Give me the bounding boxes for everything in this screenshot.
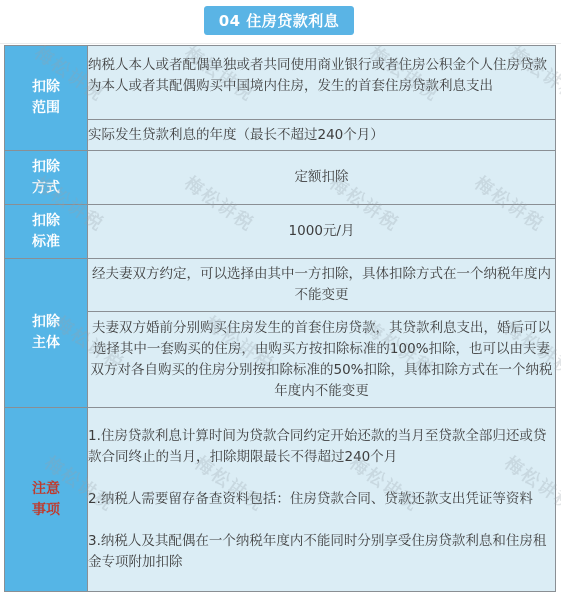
scope-period: 实际发生贷款利息的年度（最长不超过240个月） (88, 120, 556, 151)
table-row-subject: 扣除 主体 经夫妻双方约定，可以选择由其中一方扣除，具体扣除方式在一个纳税年度内… (5, 259, 556, 312)
label-method: 扣除 方式 (5, 151, 88, 205)
deduction-table: 扣除 范围 纳税人本人或者配偶单独或者共同使用商业银行或者住房公积金个人住房贷款… (4, 45, 556, 592)
note-1: 1.住房贷款利息计算时间为贷款合同约定开始还款的当月至贷款全部归还或贷款合同终止… (88, 426, 555, 468)
standard-value: 1000元/月 (88, 205, 556, 259)
label-notes: 注意 事项 (5, 408, 88, 592)
table-row-standard: 扣除 标准 1000元/月 (5, 205, 556, 259)
method-value: 定额扣除 (88, 151, 556, 205)
table-row-subject-premarital: 夫妻双方婚前分别购买住房发生的首套住房贷款，其贷款利息支出，婚后可以选择其中一套… (5, 312, 556, 408)
table-row-scope: 扣除 范围 纳税人本人或者配偶单独或者共同使用商业银行或者住房公积金个人住房贷款… (5, 46, 556, 120)
table-row-method: 扣除 方式 定额扣除 (5, 151, 556, 205)
subject-agreement: 经夫妻双方约定，可以选择由其中一方扣除，具体扣除方式在一个纳税年度内不能变更 (88, 259, 556, 312)
note-2: 2.纳税人需要留存备查资料包括：住房贷款合同、贷款还款支出凭证等资料 (88, 489, 555, 510)
note-3: 3.纳税人及其配偶在一个纳税年度内不能同时分别享受住房贷款利息和住房租金专项附加… (88, 531, 555, 573)
label-scope: 扣除 范围 (5, 46, 88, 151)
section-title: 04 住房贷款利息 (204, 6, 354, 35)
table-row-scope-period: 实际发生贷款利息的年度（最长不超过240个月） (5, 120, 556, 151)
label-standard: 扣除 标准 (5, 205, 88, 259)
table-row-notes: 注意 事项 1.住房贷款利息计算时间为贷款合同约定开始还款的当月至贷款全部归还或… (5, 408, 556, 592)
scope-description: 纳税人本人或者配偶单独或者共同使用商业银行或者住房公积金个人住房贷款为本人或者其… (88, 46, 556, 120)
label-subject: 扣除 主体 (5, 259, 88, 408)
notes-content: 1.住房贷款利息计算时间为贷款合同约定开始还款的当月至贷款全部归还或贷款合同终止… (88, 408, 556, 592)
divider (0, 43, 561, 44)
subject-premarital: 夫妻双方婚前分别购买住房发生的首套住房贷款，其贷款利息支出，婚后可以选择其中一套… (88, 312, 556, 408)
